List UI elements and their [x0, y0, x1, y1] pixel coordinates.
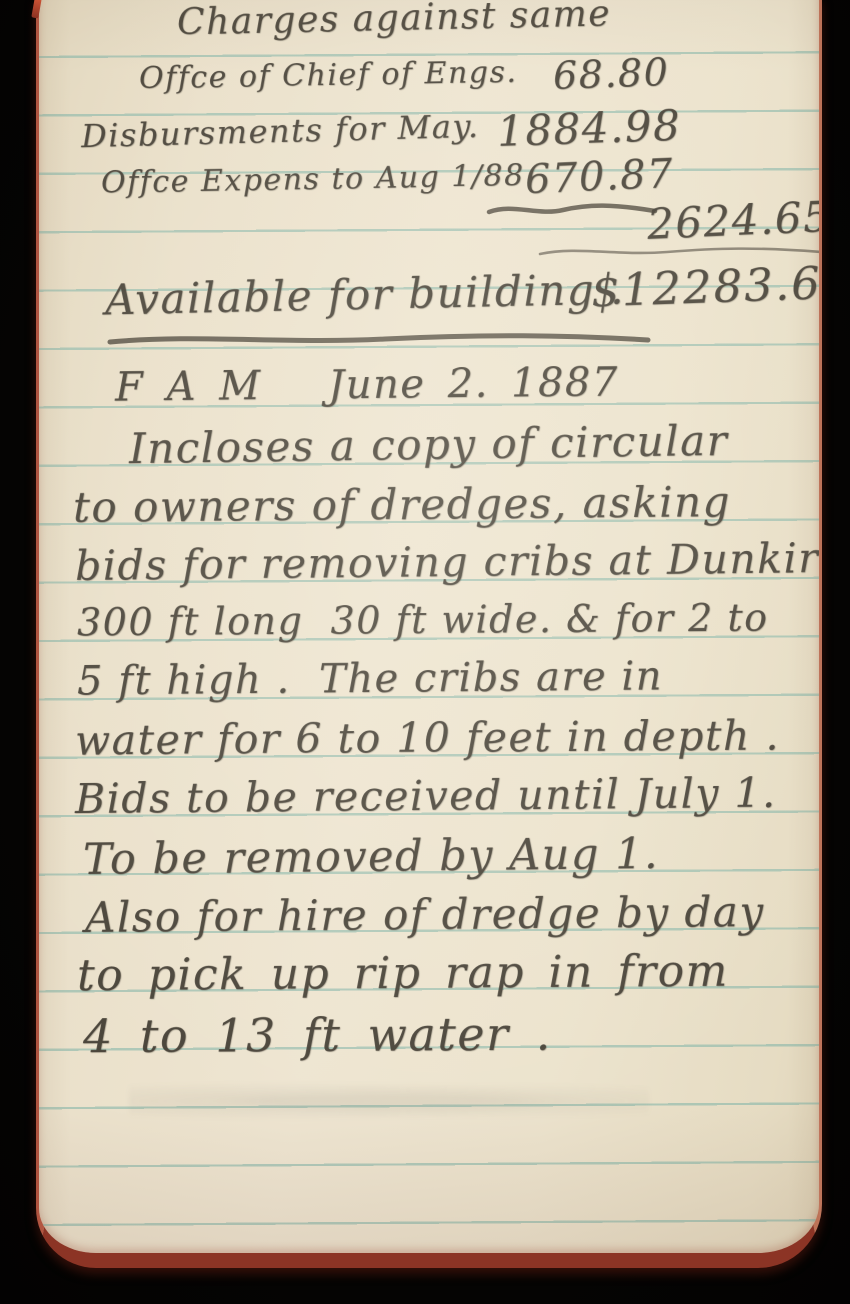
ledger-subtotal: 2624.65	[646, 192, 822, 249]
pencil-smudge	[129, 1078, 649, 1124]
entry-line: To be removed by Aug 1.	[83, 829, 660, 885]
entry-line: Also for hire of dredge by day	[85, 887, 765, 942]
entry-line: 5 ft high . The cribs are in	[77, 653, 663, 704]
entry-line: to pick up rip rap in from	[77, 946, 729, 1002]
entry-line: bids for removing cribs at Dunkirk	[75, 534, 822, 590]
ledger-row-0-label: Offce of Chief of Engs.	[139, 55, 518, 97]
entry-line: to owners of dredges, asking	[73, 477, 731, 532]
wavy-underline-sum	[485, 200, 660, 220]
entry-line: 4 to 13 ft water .	[83, 1007, 552, 1063]
entry-line: 300 ft long 30 ft wide. & for 2 to	[77, 596, 769, 645]
ledger-row-0-amount: 68.80	[552, 50, 670, 98]
entry-line: water for 6 to 10 feet in depth .	[75, 712, 780, 765]
ledger-row-1-amount: 1884.98	[496, 101, 682, 156]
notebook-page: Charges against same Offce of Chief of E…	[36, 0, 822, 1268]
ledger-row-2-amount: 670.87	[524, 151, 675, 203]
wavy-underline-available	[105, 330, 653, 350]
entry-line: Bids to be received until July 1.	[75, 769, 777, 823]
entry-line: Incloses a copy of circular	[129, 416, 729, 473]
ledger-row-2-label: Offce Expens to Aug 1/88	[101, 158, 525, 200]
entry-heading: F A M June 2. 1887	[115, 359, 619, 410]
photo-background: Charges against same Offce of Chief of E…	[0, 0, 850, 1304]
